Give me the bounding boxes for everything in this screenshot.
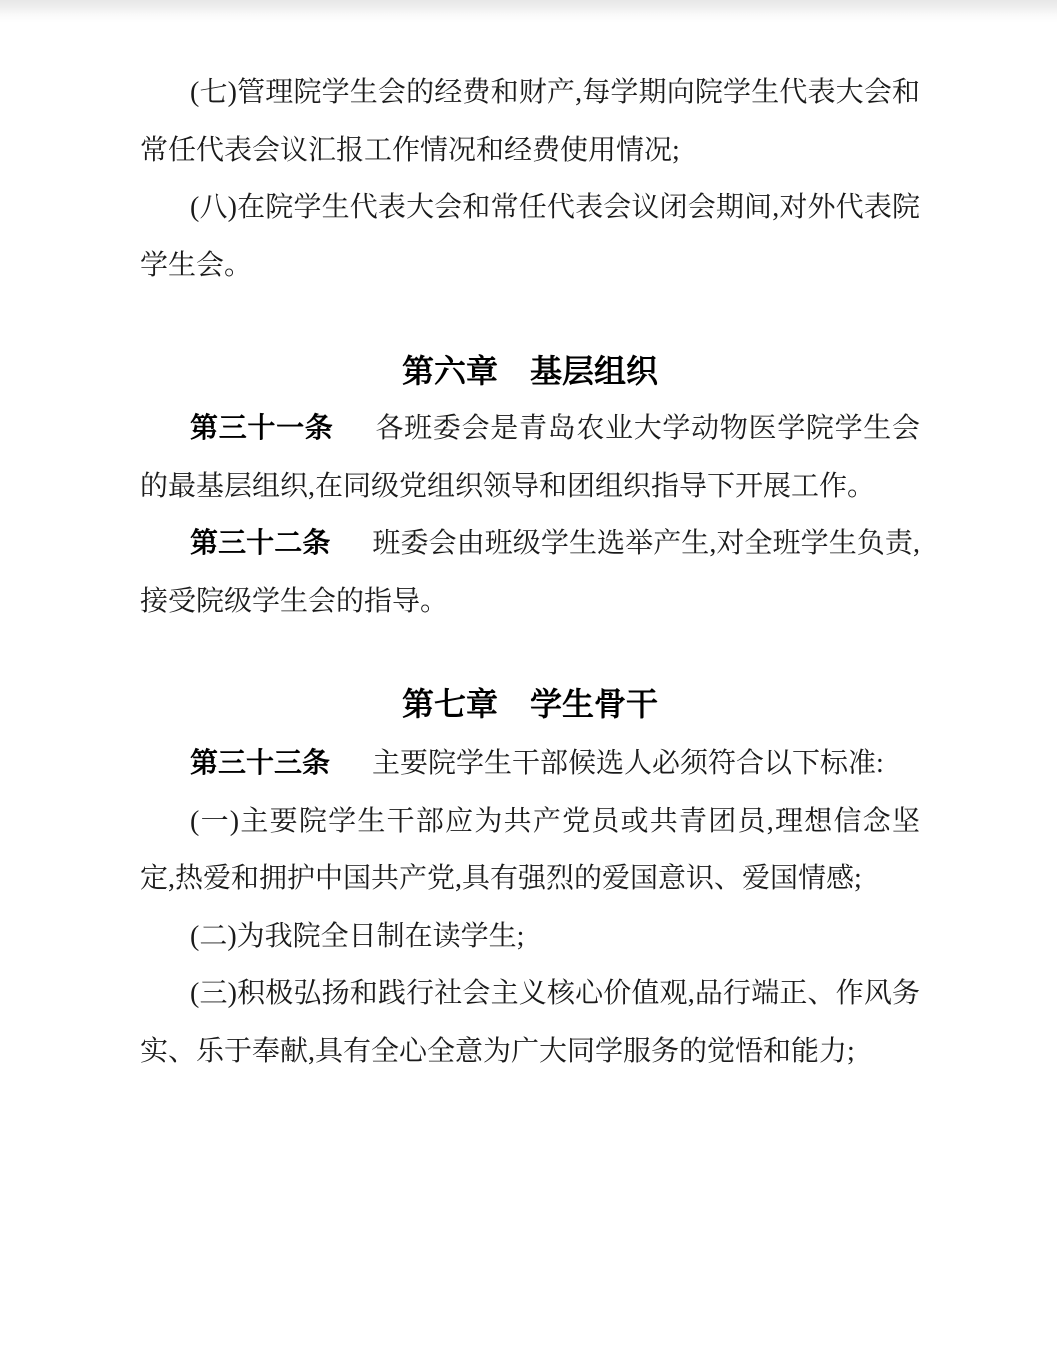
article-32-number: 第三十二条 (190, 528, 330, 559)
chapter-6-heading: 第六章 基层组织 (140, 349, 920, 393)
criteria-item-3: (三)积极弘扬和践行社会主义核心价值观,品行端正、作风务实、乐于奉献,具有全心全… (140, 965, 920, 1080)
paragraph-article-33: 第三十三条主要院学生干部候选人必须符合以下标准: (140, 735, 920, 793)
criteria-item-2: (二)为我院全日制在读学生; (140, 908, 920, 966)
criteria-item-1: (一)主要院学生干部应为共产党员或共青团员,理想信念坚定,热爱和拥护中国共产党,… (140, 793, 920, 908)
paragraph-article-31: 第三十一条各班委会是青岛农业大学动物医学院学生会的最基层组织,在同级党组织领导和… (140, 400, 920, 515)
document-page: (七)管理院学生会的经费和财产,每学期向院学生代表大会和常任代表会议汇报工作情况… (140, 64, 920, 1080)
article-33-number: 第三十三条 (190, 748, 330, 779)
chapter-7-heading: 第七章 学生骨干 (140, 682, 920, 726)
paragraph-article-32: 第三十二条班委会由班级学生选举产生,对全班学生负责,接受院级学生会的指导。 (140, 515, 920, 630)
article-33-text: 主要院学生干部候选人必须符合以下标准: (372, 748, 884, 779)
article-31-number: 第三十一条 (190, 413, 333, 444)
paragraph-clause-8: (八)在院学生代表大会和常任代表会议闭会期间,对外代表院学生会。 (140, 179, 920, 294)
paragraph-clause-7: (七)管理院学生会的经费和财产,每学期向院学生代表大会和常任代表会议汇报工作情况… (140, 64, 920, 179)
page-top-shadow (0, 0, 1057, 24)
